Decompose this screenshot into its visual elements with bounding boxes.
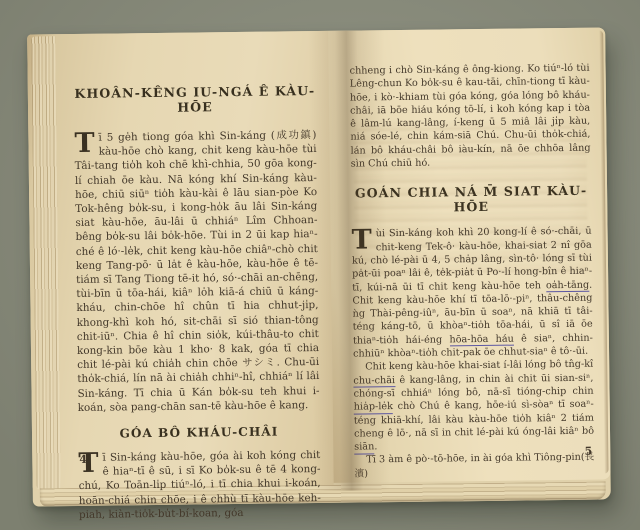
paragraph: Tī Sin-káng kàu-hōe, góa ài koh kóng chi… (78, 448, 321, 522)
page-number-left: 4 (79, 453, 87, 466)
paragraph-text: ī Sin-káng kàu-hōe, góa ài koh kóng chit… (79, 449, 321, 521)
paragraph-continuation: chheng i chò Sin-káng ê ông-kiong. Ko ti… (350, 62, 591, 171)
photo-background: KHOÂN-KÊNG IU-NGÁ Ê KÀU-HŌE Tī 5 ge̍h ti… (0, 0, 640, 530)
paragraph: Tī 3 àm ê pò·-tō-hōe, in ài góa khì Tiôn… (354, 451, 594, 481)
open-book: KHOÂN-KÊNG IU-NGÁ Ê KÀU-HŌE Tī 5 ge̍h ti… (27, 27, 611, 506)
section-title-goan-chia: GOÁN CHIA NÁ M̄ SIAT KÀU-HŌE (351, 183, 591, 216)
page-left: KHOÂN-KÊNG IU-NGÁ Ê KÀU-HŌE Tī 5 ge̍h ti… (27, 31, 334, 493)
paragraph-text: ùi Sin-káng koh khì 20 kong-lí ê só·-chā… (352, 226, 593, 360)
paragraph: Tī 5 ge̍h tiong góa khì Sin-káng (成功鎮) k… (74, 128, 319, 415)
page-right: chheng i chò Sin-káng ê ông-kiong. Ko ti… (328, 27, 611, 482)
dropcap-initial: T (74, 131, 98, 156)
page-number-right: 5 (585, 445, 593, 458)
paragraph: Tùi Sin-káng koh khì 20 kong-lí ê só·-ch… (352, 225, 594, 361)
section-title-khoan-keng: KHOÂN-KÊNG IU-NGÁ Ê KÀU-HŌE (74, 83, 316, 116)
paragraph-text: ī 5 ge̍h tiong góa khì Sin-káng (成功鎮) kà… (75, 129, 320, 414)
page-edge-right (599, 31, 608, 474)
paragraph: Chit keng kàu-hōe khai-siat í-lâi lóng b… (353, 358, 594, 454)
dropcap-initial: T (352, 228, 376, 253)
page-edges-left (31, 36, 61, 490)
section-title-goa-bo-khau-chai: GÓA BÔ KHÁU-CHÂI (78, 424, 320, 441)
